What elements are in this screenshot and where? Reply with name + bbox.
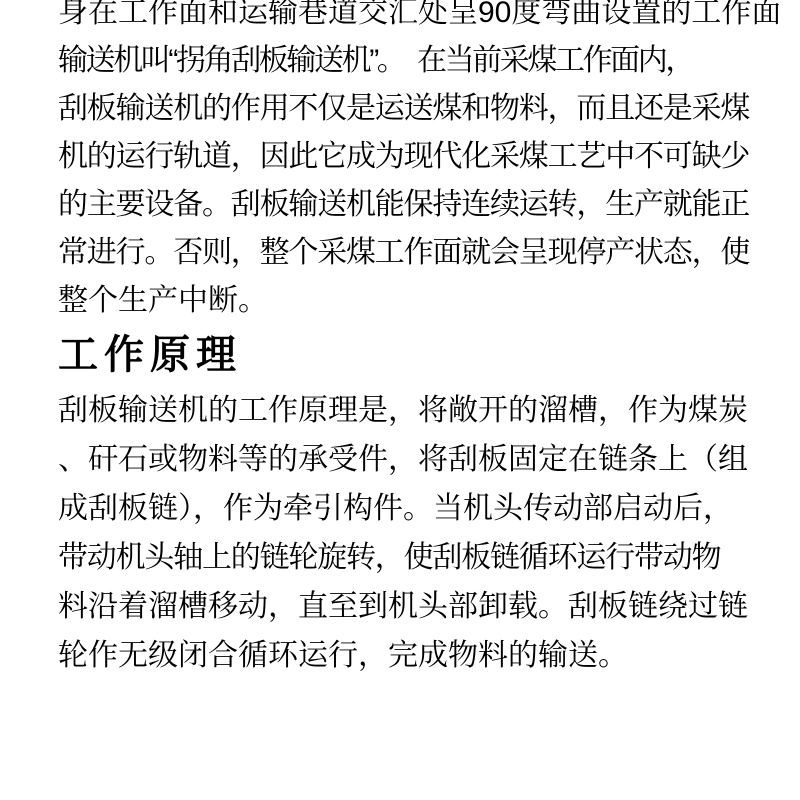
- text-line: 轮作无级闭合循环运行，完成物料的输送。: [58, 631, 750, 680]
- text-line: 机的运行轨道，因此它成为现代化采煤工艺中不可缺少: [58, 133, 750, 181]
- text-line: 带动机头轴上的链轮旋转，使刮板链循环运行带动物: [58, 533, 750, 582]
- text-line: 成刮板链），作为牵引构件。当机头传动部启动后，: [58, 484, 750, 533]
- principle-paragraph: 刮板输送机的工作原理是，将敞开的溜槽，作为煤炭 、矸石或物料等的承受件，将刮板固…: [58, 386, 750, 680]
- text-line: 刮板输送机的作用不仅是运送煤和物料，而且还是采煤: [58, 85, 750, 133]
- text-line: 常进行。否则，整个采煤工作面就会呈现停产状态，使: [58, 229, 750, 277]
- text-line: 、矸石或物料等的承受件，将刮板固定在链条上（组: [58, 435, 750, 484]
- text-line: 整个生产中断。: [58, 277, 750, 325]
- article-page: 身在工作面和运输巷道交汇处呈90度弯曲设置的工作面 输送机叫“拐角刮板输送机”。…: [0, 0, 800, 800]
- section-heading-working-principle: 工作原理: [58, 331, 750, 379]
- intro-paragraph: 身在工作面和运输巷道交汇处呈90度弯曲设置的工作面 输送机叫“拐角刮板输送机”。…: [58, 0, 750, 325]
- text-line: 输送机叫“拐角刮板输送机”。 在当前采煤工作面内，: [58, 37, 750, 85]
- article-content: 身在工作面和运输巷道交汇处呈90度弯曲设置的工作面 输送机叫“拐角刮板输送机”。…: [58, 0, 750, 680]
- text-line: 身在工作面和运输巷道交汇处呈90度弯曲设置的工作面: [58, 0, 750, 37]
- text-line: 的主要设备。刮板输送机能保持连续运转，生产就能正: [58, 181, 750, 229]
- text-line: 料沿着溜槽移动，直至到机头部卸载。刮板链绕过链: [58, 582, 750, 631]
- text-line: 刮板输送机的工作原理是，将敞开的溜槽，作为煤炭: [58, 386, 750, 435]
